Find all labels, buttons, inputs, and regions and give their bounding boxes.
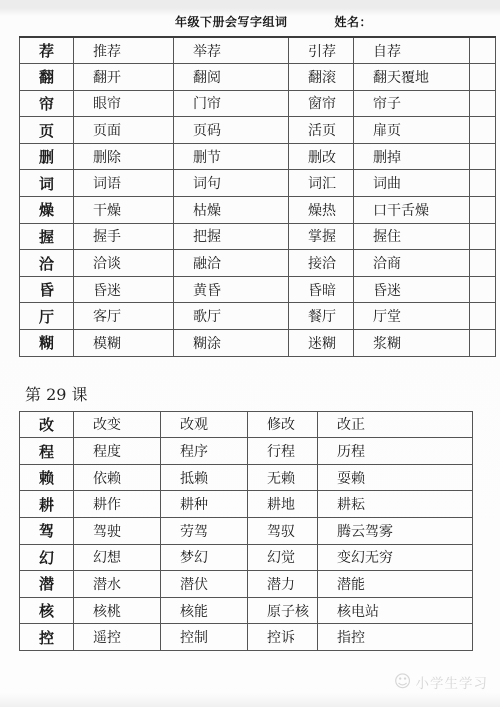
word-cell: 门帘 xyxy=(174,90,289,117)
empty-cell xyxy=(470,117,496,144)
word-cell: 控制 xyxy=(161,624,248,651)
word-cell: 行程 xyxy=(248,438,318,465)
word-cell: 翻开 xyxy=(74,64,174,91)
word-cell: 核桃 xyxy=(74,597,161,624)
word-cell: 词句 xyxy=(174,170,289,197)
word-cell: 核电站 xyxy=(318,597,473,624)
table-row: 删删除删节删改删掉 xyxy=(20,143,496,170)
word-cell: 改正 xyxy=(318,411,473,438)
word-cell: 页码 xyxy=(174,117,289,144)
word-cell: 抵赖 xyxy=(161,464,248,491)
watermark: ☺ 小学生学习 xyxy=(394,672,488,692)
word-cell: 删掉 xyxy=(354,143,470,170)
word-cell: 程序 xyxy=(161,438,248,465)
empty-cell xyxy=(470,276,496,303)
word-cell: 耕作 xyxy=(74,491,161,518)
character-cell: 厅 xyxy=(20,303,74,330)
name-field-label: 姓名： xyxy=(335,15,373,29)
word-cell: 眼帘 xyxy=(74,90,174,117)
word-table-lesson-28: 荐推荐举荐引荐自荐翻翻开翻阅翻滚翻天覆地帘眼帘门帘窗帘帘子页页面页码活页扉页删删… xyxy=(19,36,496,357)
word-cell: 枯燥 xyxy=(174,197,289,224)
character-cell: 词 xyxy=(20,170,74,197)
word-cell: 词汇 xyxy=(289,170,354,197)
word-cell: 糊涂 xyxy=(174,330,289,357)
table-row: 燥干燥枯燥燥热口干舌燥 xyxy=(20,197,496,224)
table-row: 程程度程序行程历程 xyxy=(20,438,473,465)
word-cell: 潜水 xyxy=(74,571,161,598)
table-row: 糊模糊糊涂迷糊浆糊 xyxy=(20,330,496,357)
table-row: 词词语词句词汇词曲 xyxy=(20,170,496,197)
word-cell: 翻天覆地 xyxy=(354,64,470,91)
table-row: 驾驾驶劳驾驾驭腾云驾雾 xyxy=(20,518,473,545)
word-cell: 接洽 xyxy=(289,250,354,277)
word-cell: 变幻无穷 xyxy=(318,544,473,571)
word-cell: 无赖 xyxy=(248,464,318,491)
word-cell: 迷糊 xyxy=(289,330,354,357)
table-row: 页页面页码活页扉页 xyxy=(20,117,496,144)
word-cell: 自荐 xyxy=(354,37,470,64)
word-cell: 把握 xyxy=(174,223,289,250)
word-cell: 删改 xyxy=(289,143,354,170)
word-cell: 幻觉 xyxy=(248,544,318,571)
character-cell: 荐 xyxy=(20,37,74,64)
empty-cell xyxy=(470,223,496,250)
smiley-face-icon: ☺ xyxy=(394,674,413,691)
word-cell: 指控 xyxy=(318,624,473,651)
word-cell: 引荐 xyxy=(289,37,354,64)
word-cell: 口干舌燥 xyxy=(354,197,470,224)
watermark-text: 小学生学习 xyxy=(416,672,489,692)
word-cell: 干燥 xyxy=(74,197,174,224)
word-cell: 厅堂 xyxy=(354,303,470,330)
word-cell: 改变 xyxy=(74,411,161,438)
table-row: 帘眼帘门帘窗帘帘子 xyxy=(20,90,496,117)
empty-cell xyxy=(470,64,496,91)
word-cell: 推荐 xyxy=(74,37,174,64)
word-cell: 腾云驾雾 xyxy=(318,518,473,545)
word-cell: 客厅 xyxy=(74,303,174,330)
character-cell: 控 xyxy=(20,624,74,651)
worksheet-page: 年级下册会写字组词姓名： 荐推荐举荐引荐自荐翻翻开翻阅翻滚翻天覆地帘眼帘门帘窗帘… xyxy=(0,0,500,707)
word-cell: 融洽 xyxy=(174,250,289,277)
word-cell: 歌厅 xyxy=(174,303,289,330)
word-cell: 握手 xyxy=(74,223,174,250)
empty-cell xyxy=(470,90,496,117)
word-cell: 词曲 xyxy=(354,170,470,197)
word-cell: 原子核 xyxy=(248,597,318,624)
word-cell: 燥热 xyxy=(289,197,354,224)
character-cell: 页 xyxy=(20,117,74,144)
empty-cell xyxy=(470,250,496,277)
word-cell: 控诉 xyxy=(248,624,318,651)
empty-cell xyxy=(470,143,496,170)
word-cell: 黄昏 xyxy=(174,276,289,303)
table-row: 翻翻开翻阅翻滚翻天覆地 xyxy=(20,64,496,91)
page-title: 年级下册会写字组词 xyxy=(175,15,288,29)
word-cell: 改观 xyxy=(161,411,248,438)
character-cell: 帘 xyxy=(20,90,74,117)
table-row: 握握手把握掌握握住 xyxy=(20,223,496,250)
word-cell: 历程 xyxy=(318,438,473,465)
word-cell: 昏暗 xyxy=(289,276,354,303)
word-cell: 驾驭 xyxy=(248,518,318,545)
word-cell: 餐厅 xyxy=(289,303,354,330)
empty-cell xyxy=(470,330,496,357)
table-row: 厅客厅歌厅餐厅厅堂 xyxy=(20,303,496,330)
character-cell: 耕 xyxy=(20,491,74,518)
word-cell: 握住 xyxy=(354,223,470,250)
word-cell: 翻滚 xyxy=(289,64,354,91)
word-cell: 昏迷 xyxy=(74,276,174,303)
word-cell: 洽谈 xyxy=(74,250,174,277)
table-row: 昏昏迷黄昏昏暗昏迷 xyxy=(20,276,496,303)
word-cell: 程度 xyxy=(74,438,161,465)
table-row: 洽洽谈融洽接洽洽商 xyxy=(20,250,496,277)
table-row: 赖依赖抵赖无赖耍赖 xyxy=(20,464,473,491)
character-cell: 洽 xyxy=(20,250,74,277)
character-cell: 改 xyxy=(20,411,74,438)
word-cell: 潜能 xyxy=(318,571,473,598)
character-cell: 核 xyxy=(20,597,74,624)
word-cell: 举荐 xyxy=(174,37,289,64)
table-row: 控遥控控制控诉指控 xyxy=(20,624,473,651)
word-cell: 潜力 xyxy=(248,571,318,598)
word-cell: 帘子 xyxy=(354,90,470,117)
character-cell: 潜 xyxy=(20,571,74,598)
table-row: 改改变改观修改改正 xyxy=(20,411,473,438)
word-cell: 翻阅 xyxy=(174,64,289,91)
word-cell: 窗帘 xyxy=(289,90,354,117)
word-cell: 核能 xyxy=(161,597,248,624)
word-cell: 洽商 xyxy=(354,250,470,277)
table-row: 耕耕作耕种耕地耕耘 xyxy=(20,491,473,518)
word-cell: 删除 xyxy=(74,143,174,170)
table-row: 潜潜水潜伏潜力潜能 xyxy=(20,571,473,598)
word-cell: 删节 xyxy=(174,143,289,170)
table-row: 幻幻想梦幻幻觉变幻无穷 xyxy=(20,544,473,571)
character-cell: 删 xyxy=(20,143,74,170)
word-cell: 幻想 xyxy=(74,544,161,571)
word-cell: 活页 xyxy=(289,117,354,144)
word-cell: 耕地 xyxy=(248,491,318,518)
word-cell: 掌握 xyxy=(289,223,354,250)
word-cell: 梦幻 xyxy=(161,544,248,571)
character-cell: 幻 xyxy=(20,544,74,571)
page-header: 年级下册会写字组词姓名： xyxy=(0,0,500,30)
empty-cell xyxy=(470,197,496,224)
table-row: 荐推荐举荐引荐自荐 xyxy=(20,37,496,64)
character-cell: 糊 xyxy=(20,330,74,357)
character-cell: 赖 xyxy=(20,464,74,491)
word-cell: 浆糊 xyxy=(354,330,470,357)
empty-cell xyxy=(470,37,496,64)
word-cell: 昏迷 xyxy=(354,276,470,303)
empty-cell xyxy=(470,170,496,197)
word-table-lesson-29: 改改变改观修改改正程程度程序行程历程赖依赖抵赖无赖耍赖耕耕作耕种耕地耕耘驾驾驶劳… xyxy=(19,411,473,651)
word-cell: 词语 xyxy=(74,170,174,197)
word-cell: 扉页 xyxy=(354,117,470,144)
character-cell: 翻 xyxy=(20,64,74,91)
character-cell: 程 xyxy=(20,438,74,465)
word-cell: 模糊 xyxy=(74,330,174,357)
word-cell: 耕耘 xyxy=(318,491,473,518)
word-cell: 页面 xyxy=(74,117,174,144)
word-cell: 劳驾 xyxy=(161,518,248,545)
word-cell: 耍赖 xyxy=(318,464,473,491)
table-row: 核核桃核能原子核核电站 xyxy=(20,597,473,624)
empty-cell xyxy=(470,303,496,330)
lesson-29-heading: 第 29 课 xyxy=(25,382,500,403)
word-cell: 遥控 xyxy=(74,624,161,651)
word-cell: 潜伏 xyxy=(161,571,248,598)
character-cell: 昏 xyxy=(20,276,74,303)
word-cell: 依赖 xyxy=(74,464,161,491)
word-cell: 驾驶 xyxy=(74,518,161,545)
character-cell: 燥 xyxy=(20,197,74,224)
word-cell: 耕种 xyxy=(161,491,248,518)
character-cell: 握 xyxy=(20,223,74,250)
word-cell: 修改 xyxy=(248,411,318,438)
character-cell: 驾 xyxy=(20,518,74,545)
